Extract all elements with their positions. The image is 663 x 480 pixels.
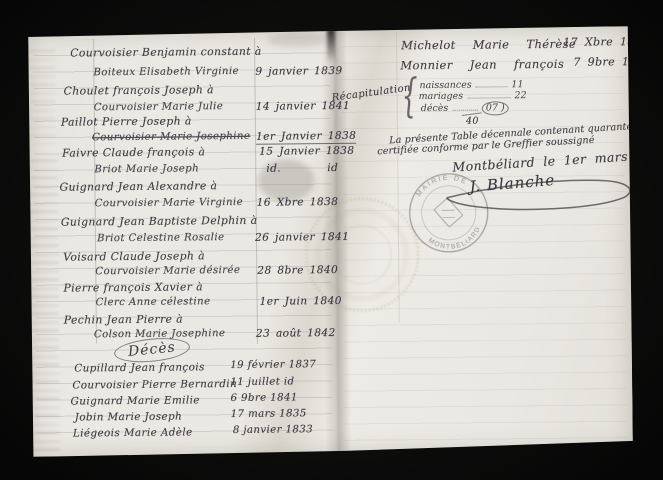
entry-date: 17 Xbre 1836 — [563, 36, 650, 48]
record-bride: Boiteux Elisabeth Virginie — [93, 67, 239, 79]
record-groom: Faivre Claude françois à — [62, 147, 205, 159]
recap-row-value: 07 ) — [482, 101, 509, 115]
entry-name: Michelot Marie Thérèse — [401, 39, 576, 52]
paper-sheet: Courvoisier Benjamin constant à Boiteux … — [27, 26, 633, 457]
recap-total: 40 — [466, 117, 479, 127]
entry-date: 7 9bre 1840 — [573, 56, 651, 68]
record-groom: Pechin Jean Pierre à — [64, 314, 183, 326]
death-record-date: 19 février 1837 — [230, 360, 316, 371]
record-date: 23 août 1842 — [256, 328, 336, 339]
ink-bleed — [30, 50, 56, 145]
entry-name: Monnier Jean françois — [400, 59, 564, 72]
death-record-date: 17 mars 1835 — [231, 409, 307, 420]
record-bride: Courvoisier Marie désirée — [95, 266, 240, 278]
recap-row-label: naissances — [419, 80, 471, 92]
record-bride: Briot Marie Joseph — [94, 164, 199, 175]
record-bride: Courvoisier Marie Julie — [94, 102, 224, 113]
record-groom: Voisard Claude Joseph à — [63, 251, 205, 263]
record-bride: Courvoisier Marie Josephine — [92, 132, 250, 144]
dotted-leader — [467, 97, 510, 98]
recap-row: mariages 22 — [419, 90, 527, 102]
record-groom: Guignard Jean Baptiste Delphin à — [61, 216, 258, 229]
ink-bleed — [30, 160, 60, 452]
record-date: 15 Janvier 1838 — [259, 146, 354, 158]
death-record-date: 11 juillet id — [230, 377, 294, 388]
archive-scan: Courvoisier Benjamin constant à Boiteux … — [0, 0, 663, 480]
record-bride: Briot Celestine Rosalie — [97, 233, 225, 244]
recap-row-value: 11 — [511, 79, 523, 90]
record-date: id. id — [266, 163, 338, 174]
record-date: 1er Juin 1840 — [260, 296, 342, 307]
death-record-date: 8 janvier 1833 — [233, 425, 313, 436]
death-record-name: Cupillard Jean françois — [74, 362, 205, 374]
death-record-name: Jobin Marie Joseph — [75, 411, 183, 422]
death-record-name: Courvoisier Pierre Bernardin — [72, 379, 237, 391]
record-date: 9 janvier 1839 — [255, 66, 342, 77]
recap-row-label: décès — [421, 103, 449, 114]
recap-row-label: mariages — [419, 91, 464, 102]
record-groom: Courvoisier Benjamin constant à — [70, 47, 262, 60]
record-date: 26 janvier 1841 — [255, 232, 349, 243]
record-date: 28 8bre 1840 — [257, 265, 338, 276]
record-bride: Courvoisier Marie Virginie — [95, 198, 243, 210]
record-bride: Clerc Anne célestine — [96, 297, 211, 308]
record-groom: Pierre françois Xavier à — [63, 282, 203, 294]
fold-shadow — [327, 26, 335, 64]
record-groom: Paillot Pierre Joseph à — [61, 116, 192, 128]
dotted-leader — [452, 110, 478, 111]
record-groom: Choulet françois Joseph à — [64, 85, 214, 97]
death-record-name: Guignard Marie Emilie — [70, 395, 199, 407]
recap-row-value: 22 — [514, 90, 526, 101]
recap-brace-icon: { — [401, 72, 418, 118]
death-record-date: 6 9bre 1841 — [230, 393, 297, 404]
dotted-leader — [476, 86, 508, 87]
death-record-name: Liégeois Marie Adèle — [73, 427, 193, 439]
record-groom: Guignard Jean Alexandre à — [59, 181, 217, 193]
record-date: 1er Janvier 1838 — [256, 131, 356, 145]
record-date: 16 Xbre 1838 — [257, 197, 339, 208]
